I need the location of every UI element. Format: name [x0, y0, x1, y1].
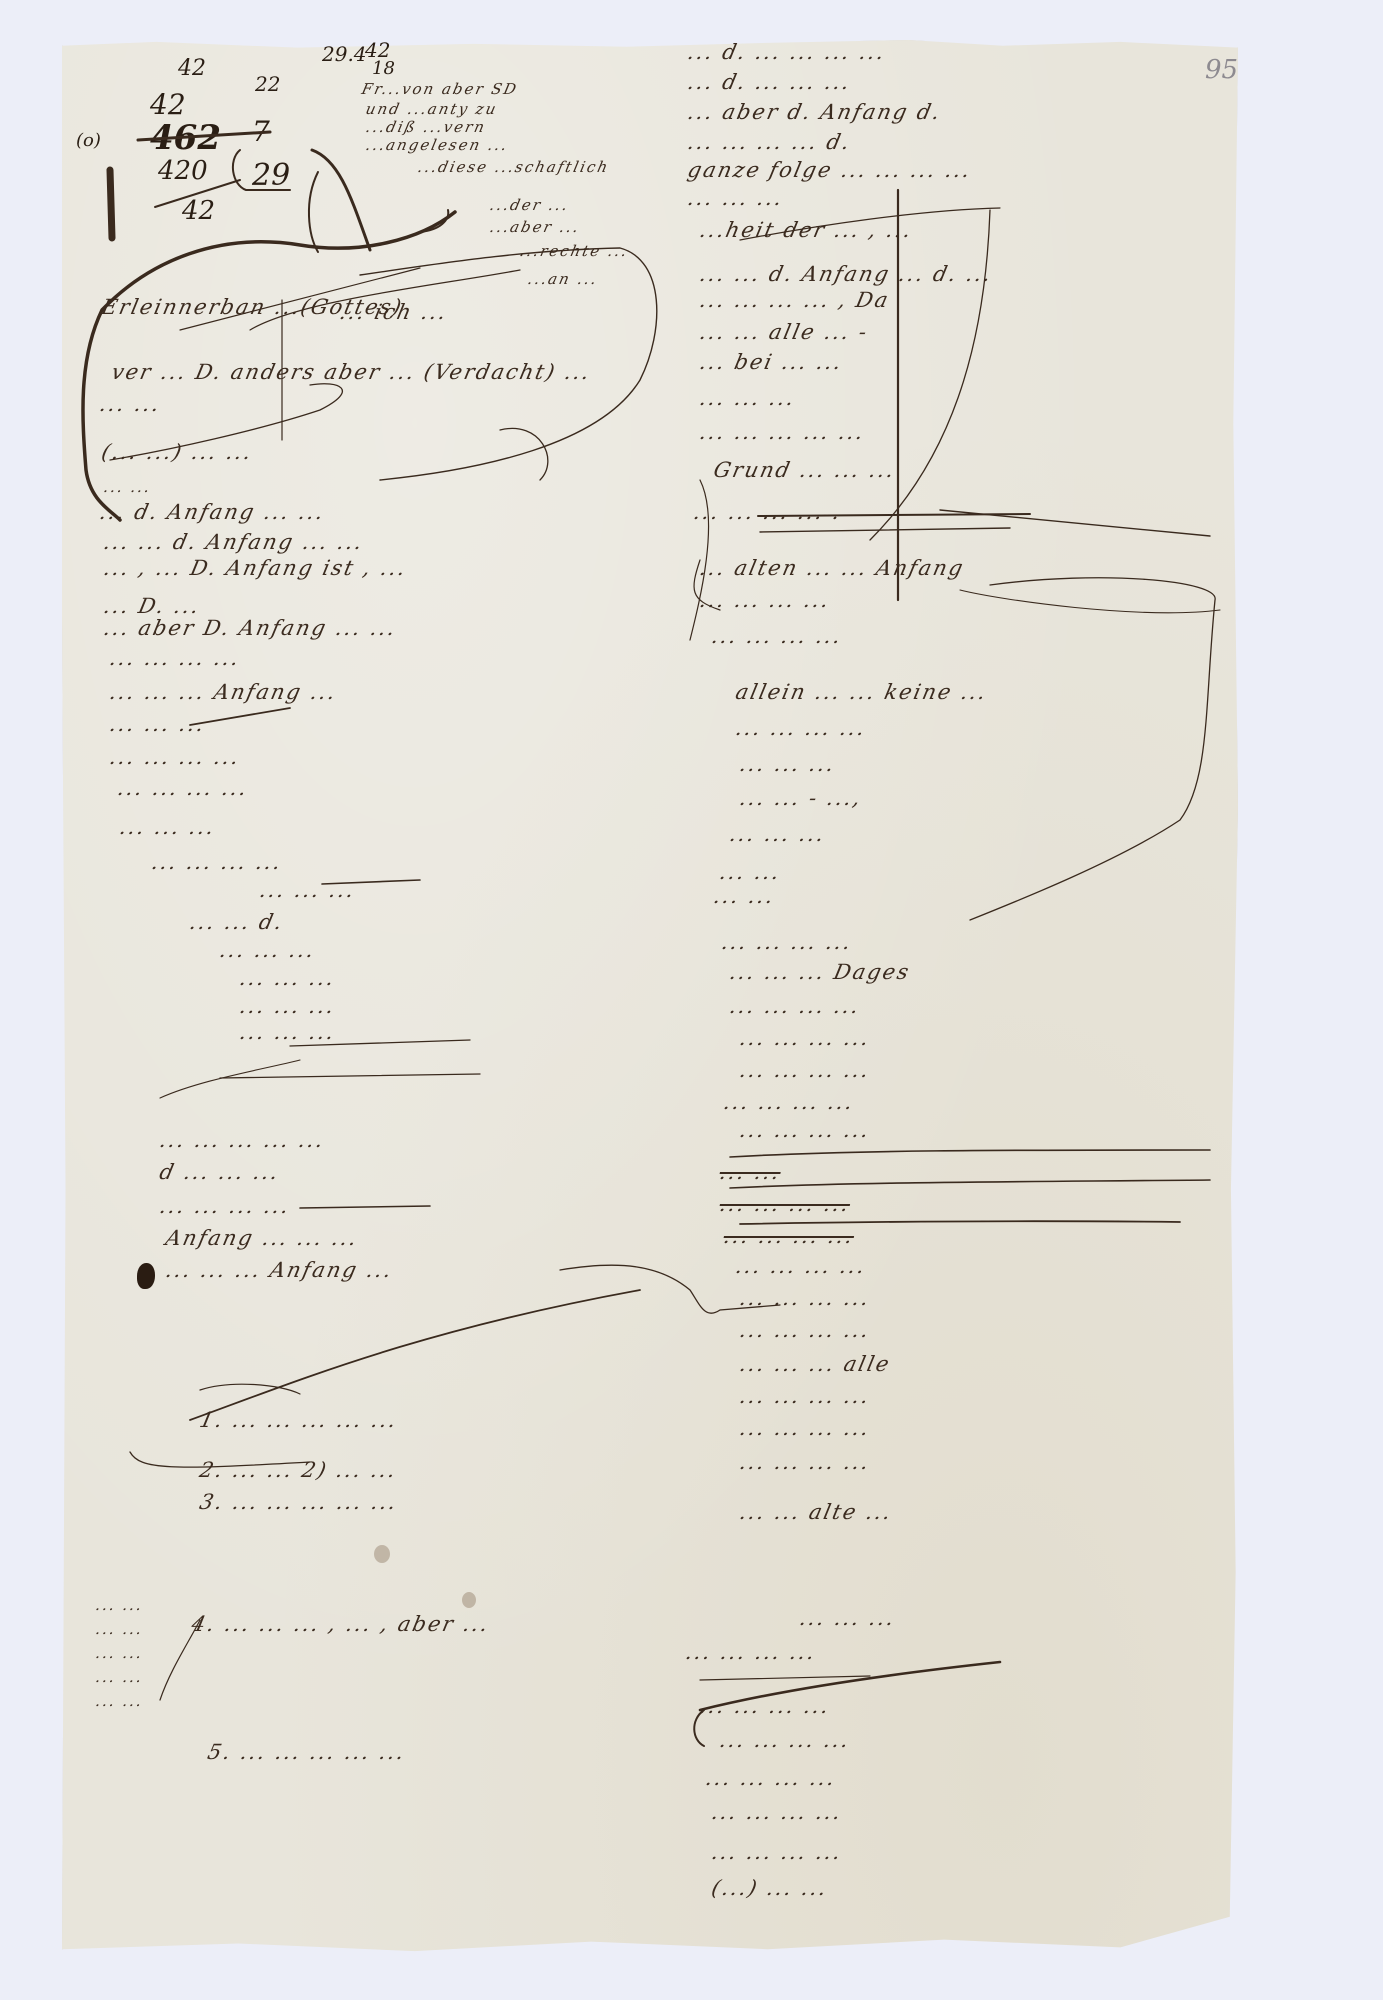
- text-line: ... ... ...: [727, 822, 828, 846]
- page-number: 95: [1205, 55, 1238, 85]
- note-line: ...aber ...: [488, 218, 582, 236]
- text-line: ... ... ... ...: [115, 776, 250, 800]
- text-line: ... d. ... ... ... ...: [685, 40, 888, 64]
- calc-divisor-label: (o): [76, 130, 101, 151]
- list-number: 1.: [197, 1408, 226, 1432]
- text-line: ... ...: [97, 392, 163, 416]
- text-line: ... ...: [717, 860, 783, 884]
- text-line: ... ... ... ...: [703, 1766, 838, 1790]
- calc-number-29-4: 29.4: [322, 42, 367, 66]
- text-line: ... d. Anfang ... ...: [97, 500, 327, 524]
- text-line: ... ... ... ...: [107, 745, 242, 769]
- text-line: allein ... ... keine ...: [733, 680, 989, 704]
- text-line: ... ... ... ... ...: [697, 420, 867, 444]
- text-line: ... ...: [102, 478, 153, 496]
- text-line: ... ... ... ...: [737, 1450, 872, 1474]
- text-line: ... ... ... ...: [721, 1090, 856, 1114]
- calc-number-22: 22: [255, 72, 280, 96]
- text-line: ... ... ... ... , Da: [697, 288, 892, 312]
- note-line: ...diese ...schaftlich: [416, 158, 611, 176]
- text-line: ... ... ... ...: [697, 588, 832, 612]
- list-item-text: ... ... ... , ... , aber ...: [222, 1612, 492, 1636]
- text-line: ... ... ... ...: [737, 1318, 872, 1342]
- list-item-text: ... ... ... ... ...: [238, 1740, 408, 1764]
- note-line: Fr...von aber SD: [360, 80, 520, 98]
- ink-stain: [462, 1592, 476, 1608]
- note-line: ...an ...: [526, 270, 600, 288]
- note-line: ...der ...: [488, 196, 571, 214]
- calc-side-number: 29: [252, 158, 290, 193]
- text-line: ... ...: [711, 884, 777, 908]
- text-line: ... D. ...: [101, 594, 202, 618]
- calc-remainder: 42: [182, 196, 215, 226]
- list-number: 5.: [205, 1740, 234, 1764]
- calc-partial: 420: [158, 156, 208, 186]
- struck-text-line: ... ... ... ...: [717, 1192, 852, 1216]
- text-line: ... ... ... ... ...: [157, 1128, 327, 1152]
- text-line: ... alten ... ... Anfang: [697, 556, 966, 580]
- text-line: ... ... ... alle: [737, 1352, 893, 1376]
- text-line: ... ... ...: [257, 878, 358, 902]
- text-line: ... ... ...: [797, 1606, 898, 1630]
- list-number: 3.: [197, 1490, 226, 1514]
- text-line: ... ... ...: [117, 815, 218, 839]
- text-line: ... ... ... ...: [737, 1118, 872, 1142]
- text-line: ... ... alle ... -: [697, 320, 870, 344]
- margin-note-line: ... ...: [94, 1596, 145, 1614]
- text-line: ... ... ... ... d.: [685, 130, 853, 154]
- text-line: d ... ... ...: [157, 1160, 282, 1184]
- text-line: ... ... ... ...: [717, 1728, 852, 1752]
- text-line: ... ... ...: [107, 712, 208, 736]
- text-line: ... ... ...: [237, 966, 338, 990]
- text-line: ... aber D. Anfang ... ...: [101, 616, 399, 640]
- text-line: ... ... ... ...: [157, 1194, 292, 1218]
- text-line: ... ... ... ...: [719, 930, 854, 954]
- list-item-text: ... ... ... ... ...: [230, 1408, 400, 1432]
- text-line: ...heit der ... , ...: [697, 218, 915, 242]
- list-item-text: ... ... 2) ... ...: [230, 1458, 399, 1482]
- struck-text-line: ... ...: [717, 1160, 783, 1184]
- text-line: Grund ... ... ...: [711, 458, 898, 482]
- text-line: ... ... ... ...: [737, 1416, 872, 1440]
- list-number: 4.: [189, 1612, 218, 1636]
- text-line: ... ... ...: [685, 186, 786, 210]
- text-line: ... ... ... ...: [697, 1694, 832, 1718]
- ink-stain: [374, 1545, 390, 1563]
- calc-dividend: 462: [150, 118, 221, 158]
- text-line: ... ... ... Anfang ...: [107, 680, 339, 704]
- text-line: ... ... d. Anfang ... ...: [101, 530, 366, 554]
- text-line: ... ... ... ...: [683, 1640, 818, 1664]
- text-line: ... aber d. Anfang d.: [685, 100, 943, 124]
- text-line: ... , ... D. Anfang ist , ...: [101, 556, 409, 580]
- text-line: ... ... ... ...: [733, 1254, 868, 1278]
- text-line: ... d. ... ... ...: [685, 70, 853, 94]
- manuscript-page: [62, 40, 1238, 1955]
- text-line: (...) ... ...: [709, 1876, 830, 1900]
- margin-note-line: ... ...: [94, 1668, 145, 1686]
- note-line: ...angelesen ...: [364, 136, 510, 154]
- text-line: ... ... ... ...: [107, 646, 242, 670]
- note-line: ...rechte ...: [518, 242, 630, 260]
- margin-note-line: ... ...: [94, 1692, 145, 1710]
- text-line: ... ... - ...,: [737, 786, 864, 810]
- text-line: ... ... ...: [237, 994, 338, 1018]
- calc-quotient: 7: [252, 115, 270, 148]
- text-line: ... ... ... ...: [737, 1058, 872, 1082]
- text-line: Anfang ... ... ...: [163, 1226, 360, 1250]
- text-line: ... ... d. Anfang ... d. ...: [697, 262, 994, 286]
- text-line: ... ... ...: [737, 752, 838, 776]
- text-line: ... ... ... ...: [149, 850, 284, 874]
- calc-42: 42: [150, 88, 186, 121]
- text-line: ... ... ... ... .: [691, 500, 844, 524]
- text-line: ... ... ... ...: [709, 1800, 844, 1824]
- note-line: ...diß ...vern: [364, 118, 488, 136]
- list-item-text: ... ... ... ... ...: [230, 1490, 400, 1514]
- text-line: ... ... ... ...: [737, 1026, 872, 1050]
- text-line: ... ... d.: [187, 910, 286, 934]
- text-line: ... ... ...: [697, 386, 798, 410]
- text-line: ... ... ... ...: [737, 1384, 872, 1408]
- text-line: ... bei ... ...: [697, 350, 845, 374]
- text-line: ... ... ... ...: [709, 1840, 844, 1864]
- text-line: ganze folge ... ... ... ...: [685, 158, 974, 182]
- calc-number-18: 18: [372, 58, 395, 79]
- calc-number-top: 42: [178, 56, 206, 81]
- margin-note-line: ... ...: [94, 1620, 145, 1638]
- text-line: ... ich ...: [337, 300, 450, 324]
- text-line: ... ... ...: [217, 938, 318, 962]
- text-line: ... ... ... Dages: [727, 960, 912, 984]
- text-line: ... ... ... ...: [709, 624, 844, 648]
- text-line: ver ... D. anders aber ... (Verdacht) ..…: [109, 360, 593, 384]
- ink-blot: [137, 1263, 155, 1289]
- struck-text-line: ... ... ... ...: [721, 1224, 856, 1248]
- text-line: ... ... alte ...: [737, 1500, 894, 1524]
- text-line: ... ... ... ...: [727, 994, 862, 1018]
- text-line: ... ... ...: [237, 1020, 338, 1044]
- text-line: ... ... ... ...: [733, 716, 868, 740]
- text-line: ... ... ... Anfang ...: [163, 1258, 395, 1282]
- margin-note-line: ... ...: [94, 1644, 145, 1662]
- note-line: und ...anty zu: [364, 100, 499, 118]
- text-line: (... ...) ... ...: [99, 440, 255, 464]
- text-line: ... ... ... ...: [737, 1286, 872, 1310]
- list-number: 2.: [197, 1458, 226, 1482]
